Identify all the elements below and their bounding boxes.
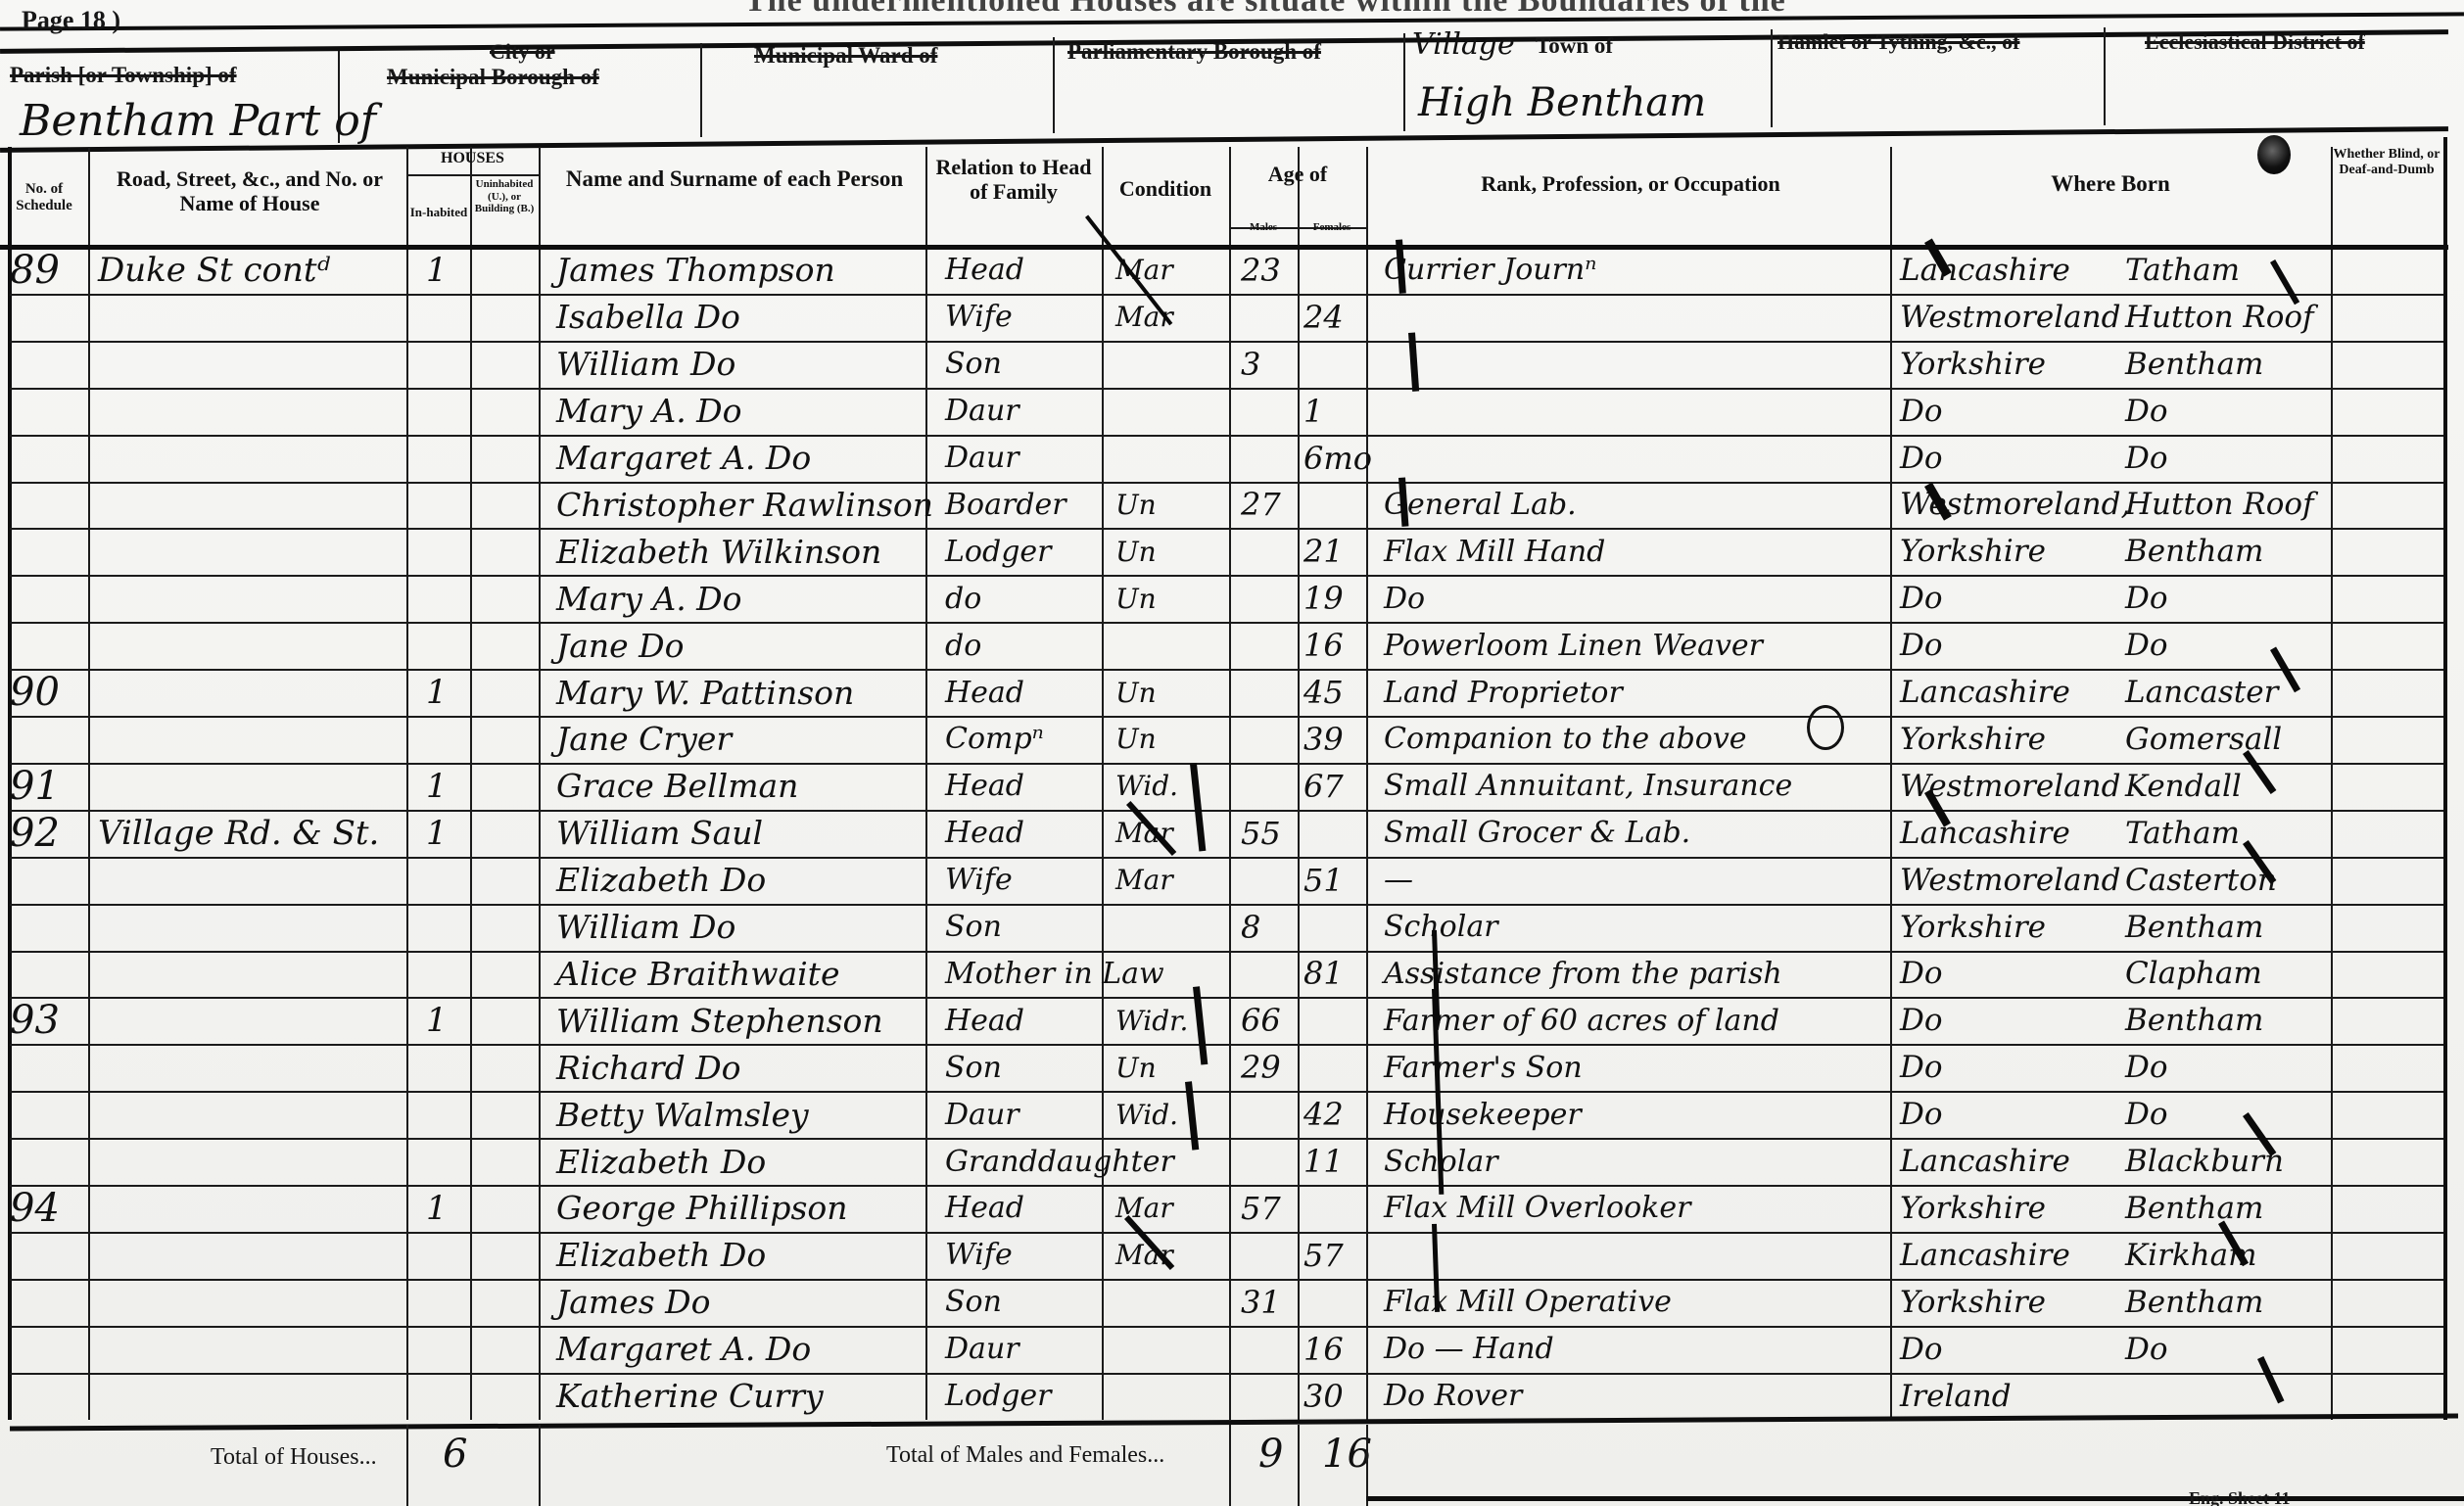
cell-name: George Phillipson xyxy=(556,1185,848,1232)
cell-condition: Un xyxy=(1115,482,1157,529)
census-row: Mary A. DodoUn19DoDoDo xyxy=(0,575,2464,622)
cell-occupation: Do — Hand xyxy=(1384,1326,1554,1373)
cell-born-county: Do xyxy=(1900,622,1943,669)
cell-female-age: 81 xyxy=(1303,951,1344,998)
cell-relation: Granddaughter xyxy=(945,1138,1174,1185)
cell-male-age: 27 xyxy=(1241,482,1281,529)
census-page: The undermentioned Houses are situate wi… xyxy=(0,0,2464,1506)
cell-name: William Saul xyxy=(556,810,763,857)
cell-relation: Compⁿ xyxy=(945,716,1044,763)
cell-born-county: Lancashire xyxy=(1900,1138,2070,1185)
cell-born-county: Westmoreland xyxy=(1900,857,2120,904)
census-row: Jane Dodo16Powerloom Linen WeaverDoDo xyxy=(0,622,2464,669)
census-row: Elizabeth WilkinsonLodgerUn21Flax Mill H… xyxy=(0,528,2464,575)
col-header-males: Males xyxy=(1230,221,1297,234)
cell-born-county: Westmoreland xyxy=(1900,294,2120,341)
cell-name: Katherine Curry xyxy=(556,1373,824,1420)
census-row: Christopher RawlinsonBoarderUn27General … xyxy=(0,482,2464,529)
cell-female-age: 11 xyxy=(1303,1138,1344,1185)
census-row: 89Duke St contᵈ1James ThompsonHeadMar23C… xyxy=(0,247,2464,294)
cell-born-place: Do xyxy=(2125,1044,2168,1091)
cell-condition: Widr. xyxy=(1115,997,1188,1044)
cell-occupation: Currier Journⁿ xyxy=(1384,247,1596,294)
census-row: Richard DoSonUn29Farmer's SonDoDo xyxy=(0,1044,2464,1091)
cell-born-place: Bentham xyxy=(2125,904,2263,951)
cell-name: Christopher Rawlinson xyxy=(556,482,933,529)
cell-born-county: Yorkshire xyxy=(1900,341,2046,388)
cell-born-county: Yorkshire xyxy=(1900,1279,2046,1326)
cell-born-place: Do xyxy=(2125,1326,2168,1373)
col-header-houses: HOUSES xyxy=(406,150,539,167)
cell-female-age: 24 xyxy=(1303,294,1344,341)
cell-born-county: Do xyxy=(1900,1091,1943,1138)
cell-born-place: Clapham xyxy=(2125,951,2262,998)
cell-schedule: 89 xyxy=(10,247,60,294)
cell-occupation: Powerloom Linen Weaver xyxy=(1384,622,1763,669)
cell-male-age: 66 xyxy=(1241,997,1281,1044)
cell-occupation: Small Annuitant, Insurance xyxy=(1384,763,1792,810)
cell-condition: Un xyxy=(1115,528,1157,575)
cell-female-age: 21 xyxy=(1303,528,1344,575)
cell-relation: do xyxy=(945,575,981,622)
cell-name: Margaret A. Do xyxy=(556,435,811,482)
cell-name: James Do xyxy=(556,1279,710,1326)
cell-occupation: Flax Mill Operative xyxy=(1384,1279,1672,1326)
census-row: Mary A. DoDaur1DoDo xyxy=(0,388,2464,435)
total-persons-label: Total of Males and Females... xyxy=(886,1442,1164,1469)
cell-occupation: Small Grocer & Lab. xyxy=(1384,810,1690,857)
cell-relation: Head xyxy=(945,810,1024,857)
cell-male-age: 8 xyxy=(1241,904,1260,951)
col-header-blind: Whether Blind, or Deaf-and-Dumb xyxy=(2333,147,2440,178)
cell-name: Alice Braithwaite xyxy=(556,951,839,998)
census-row: 931William StephensonHeadWidr.66Farmer o… xyxy=(0,997,2464,1044)
cell-born-place: Hutton Roof xyxy=(2125,482,2314,529)
cell-name: William Do xyxy=(556,904,735,951)
cell-inhabited: 1 xyxy=(426,810,448,857)
cell-female-age: 42 xyxy=(1303,1091,1344,1138)
cell-relation: Head xyxy=(945,1185,1024,1232)
cell-occupation: Do Rover xyxy=(1384,1373,1522,1420)
ward-label: Municipal Ward of xyxy=(754,43,937,69)
cell-relation: Wife xyxy=(945,1232,1013,1279)
col-header-age: Age of xyxy=(1232,162,1363,186)
cell-schedule: 90 xyxy=(10,669,60,716)
cell-schedule: 92 xyxy=(10,810,60,857)
circle-mark-icon xyxy=(1807,705,1844,750)
cell-occupation: Assistance from the parish xyxy=(1384,951,1782,998)
census-row: 901Mary W. PattinsonHeadUn45Land Proprie… xyxy=(0,669,2464,716)
cell-name: Elizabeth Wilkinson xyxy=(556,528,881,575)
cell-relation: do xyxy=(945,622,981,669)
census-row: Margaret A. DoDaur6moDoDo xyxy=(0,435,2464,482)
census-row: Betty WalmsleyDaurWid.42HousekeeperDoDo xyxy=(0,1091,2464,1138)
total-houses-label: Total of Houses... xyxy=(211,1444,377,1471)
cell-schedule: 91 xyxy=(10,763,60,810)
cell-relation: Daur xyxy=(945,1091,1019,1138)
town-label: Town of xyxy=(1536,33,1613,59)
cell-born-place: Gomersall xyxy=(2125,716,2282,763)
cell-born-place: Hutton Roof xyxy=(2125,294,2314,341)
col-header-schedule: No. of Schedule xyxy=(0,181,88,215)
cell-born-county: Lancashire xyxy=(1900,810,2070,857)
census-row: Jane CryerCompⁿUn39Companion to the abov… xyxy=(0,716,2464,763)
cell-born-place: Tatham xyxy=(2125,810,2240,857)
cell-female-age: 67 xyxy=(1303,763,1344,810)
cell-born-county: Yorkshire xyxy=(1900,904,2046,951)
cell-occupation: Flax Mill Hand xyxy=(1384,528,1605,575)
cell-female-age: 39 xyxy=(1303,716,1344,763)
cell-born-county: Do xyxy=(1900,388,1943,435)
census-row: Elizabeth DoWifeMar51—WestmorelandCaster… xyxy=(0,857,2464,904)
cell-born-county: Yorkshire xyxy=(1900,1185,2046,1232)
cell-relation: Daur xyxy=(945,388,1019,435)
cell-male-age: 31 xyxy=(1241,1279,1281,1326)
total-females-value: 16 xyxy=(1322,1432,1372,1477)
city-label: Municipal Borough of xyxy=(387,65,599,90)
cell-road: Village Rd. & St. xyxy=(98,810,379,857)
cell-female-age: 57 xyxy=(1303,1232,1344,1279)
cell-born-place: Blackburn xyxy=(2125,1138,2284,1185)
census-row: James DoSon31Flax Mill OperativeYorkshir… xyxy=(0,1279,2464,1326)
cell-inhabited: 1 xyxy=(426,669,448,716)
col-header-road: Road, Street, &c., and No. or Name of Ho… xyxy=(98,166,402,216)
cell-relation: Son xyxy=(945,341,1002,388)
cell-condition: Wid. xyxy=(1115,763,1178,810)
cell-relation: Mother in Law xyxy=(945,951,1164,998)
ecclesiastical-label: Ecclesiastical District of xyxy=(2145,29,2365,55)
cell-name: Mary A. Do xyxy=(556,388,742,435)
col-header-females: Females xyxy=(1299,221,1365,234)
cell-relation: Wife xyxy=(945,857,1013,904)
cell-condition: Wid. xyxy=(1115,1091,1178,1138)
census-row: 911Grace BellmanHeadWid.67Small Annuitan… xyxy=(0,763,2464,810)
cell-name: Mary W. Pattinson xyxy=(556,669,854,716)
cell-born-place: Bentham xyxy=(2125,341,2263,388)
town-value: High Bentham xyxy=(1418,80,1706,125)
cell-inhabited: 1 xyxy=(426,763,448,810)
total-houses-value: 6 xyxy=(443,1432,467,1477)
cell-occupation: Housekeeper xyxy=(1384,1091,1582,1138)
cell-condition: Un xyxy=(1115,716,1157,763)
cell-name: William Stephenson xyxy=(556,997,883,1044)
cell-relation: Head xyxy=(945,247,1024,294)
cell-name: William Do xyxy=(556,341,735,388)
cell-occupation: — xyxy=(1384,857,1413,904)
cell-occupation: Companion to the above xyxy=(1384,716,1747,763)
cell-name: Grace Bellman xyxy=(556,763,798,810)
cell-schedule: 93 xyxy=(10,997,60,1044)
cell-born-place: Do xyxy=(2125,1091,2168,1138)
census-row: Elizabeth DoWifeMar57LancashireKirkham xyxy=(0,1232,2464,1279)
cell-born-county: Do xyxy=(1900,435,1943,482)
cell-male-age: 23 xyxy=(1241,247,1281,294)
cell-occupation: Farmer's Son xyxy=(1384,1044,1583,1091)
cell-born-county: Lancashire xyxy=(1900,1232,2070,1279)
cell-born-county: Yorkshire xyxy=(1900,716,2046,763)
cell-relation: Daur xyxy=(945,1326,1019,1373)
cell-occupation: General Lab. xyxy=(1384,482,1577,529)
cell-relation: Daur xyxy=(945,435,1019,482)
cell-female-age: 51 xyxy=(1303,857,1344,904)
cell-born-county: Ireland xyxy=(1900,1373,2012,1420)
cell-born-place: Casterton xyxy=(2125,857,2277,904)
cell-female-age: 16 xyxy=(1303,1326,1344,1373)
parish-value: Bentham Part of xyxy=(20,96,376,146)
col-header-occupation: Rank, Profession, or Occupation xyxy=(1371,171,1890,196)
census-row: Elizabeth DoGranddaughter11ScholarLancas… xyxy=(0,1138,2464,1185)
parliamentary-label: Parliamentary Borough of xyxy=(1067,39,1321,65)
census-row: William DoSon3YorkshireBentham xyxy=(0,341,2464,388)
cell-name: Margaret A. Do xyxy=(556,1326,811,1373)
cell-female-age: 30 xyxy=(1303,1373,1344,1420)
cell-born-place: Do xyxy=(2125,435,2168,482)
cell-born-county: Do xyxy=(1900,575,1943,622)
total-males-value: 9 xyxy=(1258,1432,1283,1477)
cell-condition: Un xyxy=(1115,1044,1157,1091)
cell-female-age: 6mo xyxy=(1303,435,1372,482)
cell-name: James Thompson xyxy=(556,247,835,294)
cell-name: Isabella Do xyxy=(556,294,740,341)
cell-condition: Un xyxy=(1115,575,1157,622)
cell-name: Betty Walmsley xyxy=(556,1091,809,1138)
cell-inhabited: 1 xyxy=(426,247,448,294)
city-label-top: City or xyxy=(490,39,555,65)
cell-relation: Son xyxy=(945,904,1002,951)
col-header-relation: Relation to Head of Family xyxy=(930,155,1097,205)
cell-born-place: Bentham xyxy=(2125,1185,2263,1232)
cell-born-county: Yorkshire xyxy=(1900,528,2046,575)
sheet-label: Eng. Sheet 11 xyxy=(2189,1488,2291,1506)
cell-born-county: Lancashire xyxy=(1900,669,2070,716)
cell-name: Elizabeth Do xyxy=(556,857,766,904)
census-row: William DoSon8ScholarYorkshireBentham xyxy=(0,904,2464,951)
cell-occupation: Farmer of 60 acres of land xyxy=(1384,997,1779,1044)
cell-relation: Son xyxy=(945,1279,1002,1326)
cell-female-age: 16 xyxy=(1303,622,1344,669)
cell-relation: Head xyxy=(945,763,1024,810)
col-header-inhabited: In-habited xyxy=(408,206,469,220)
page-number: Page 18 ) xyxy=(22,6,120,35)
col-header-name: Name and Surname of each Person xyxy=(548,166,921,192)
cell-relation: Lodger xyxy=(945,1373,1052,1420)
census-row: Alice BraithwaiteMother in Law81Assistan… xyxy=(0,951,2464,998)
cell-occupation: Flax Mill Overlooker xyxy=(1384,1185,1690,1232)
cell-inhabited: 1 xyxy=(426,1185,448,1232)
cell-born-county: Do xyxy=(1900,951,1943,998)
cell-relation: Head xyxy=(945,669,1024,716)
cell-born-place: Bentham xyxy=(2125,1279,2263,1326)
census-row: 92Village Rd. & St.1William SaulHeadMar5… xyxy=(0,810,2464,857)
cell-name: Elizabeth Do xyxy=(556,1138,766,1185)
cell-born-place: Lancaster xyxy=(2125,669,2278,716)
census-row: Margaret A. DoDaur16Do — HandDoDo xyxy=(0,1326,2464,1373)
col-header-born: Where Born xyxy=(1895,171,2326,197)
cell-male-age: 55 xyxy=(1241,810,1281,857)
census-row: 941George PhillipsonHeadMar57Flax Mill O… xyxy=(0,1185,2464,1232)
cell-born-county: Lancashire xyxy=(1900,247,2070,294)
cell-name: Jane Do xyxy=(556,622,685,669)
cell-relation: Boarder xyxy=(945,482,1066,529)
ink-blot-icon xyxy=(2257,135,2291,174)
cell-relation: Son xyxy=(945,1044,1002,1091)
cell-born-county: Do xyxy=(1900,1044,1943,1091)
cell-female-age: 45 xyxy=(1303,669,1344,716)
hamlet-label: Hamlet or Tything, &c., of xyxy=(1777,29,2019,55)
cell-road: Duke St contᵈ xyxy=(98,247,330,294)
town-prefix: Village xyxy=(1412,27,1515,62)
cell-relation: Lodger xyxy=(945,528,1052,575)
census-row: Isabella DoWifeMar24WestmorelandHutton R… xyxy=(0,294,2464,341)
census-row: Katherine CurryLodger30Do RoverIreland xyxy=(0,1373,2464,1420)
cell-occupation: Land Proprietor xyxy=(1384,669,1623,716)
col-header-condition: Condition xyxy=(1105,176,1226,201)
cell-name: Richard Do xyxy=(556,1044,741,1091)
cell-name: Jane Cryer xyxy=(556,716,732,763)
cell-born-place: Bentham xyxy=(2125,528,2263,575)
cell-born-place: Do xyxy=(2125,388,2168,435)
cell-born-place: Tatham xyxy=(2125,247,2240,294)
cell-inhabited: 1 xyxy=(426,997,448,1044)
cell-male-age: 29 xyxy=(1241,1044,1281,1091)
cell-female-age: 19 xyxy=(1303,575,1344,622)
cell-occupation: Scholar xyxy=(1384,904,1498,951)
cell-male-age: 3 xyxy=(1241,341,1260,388)
parish-label: Parish [or Township] of xyxy=(10,63,237,88)
cell-name: Mary A. Do xyxy=(556,575,742,622)
cell-occupation: Do xyxy=(1384,575,1425,622)
cell-relation: Head xyxy=(945,997,1024,1044)
cell-condition: Mar xyxy=(1115,857,1173,904)
cell-name: Elizabeth Do xyxy=(556,1232,766,1279)
cell-born-place: Do xyxy=(2125,622,2168,669)
cell-born-place: Do xyxy=(2125,575,2168,622)
cell-relation: Wife xyxy=(945,294,1013,341)
cell-born-county: Do xyxy=(1900,997,1943,1044)
cell-born-place: Bentham xyxy=(2125,997,2263,1044)
cell-born-county: Do xyxy=(1900,1326,1943,1373)
cell-condition: Mar xyxy=(1115,1185,1173,1232)
cell-male-age: 57 xyxy=(1241,1185,1281,1232)
cell-female-age: 1 xyxy=(1303,388,1323,435)
cell-schedule: 94 xyxy=(10,1185,60,1232)
cell-born-place: Kendall xyxy=(2125,763,2242,810)
col-header-uninhabited: Uninhabited (U.), or Building (B.) xyxy=(472,178,537,215)
cell-condition: Un xyxy=(1115,669,1157,716)
